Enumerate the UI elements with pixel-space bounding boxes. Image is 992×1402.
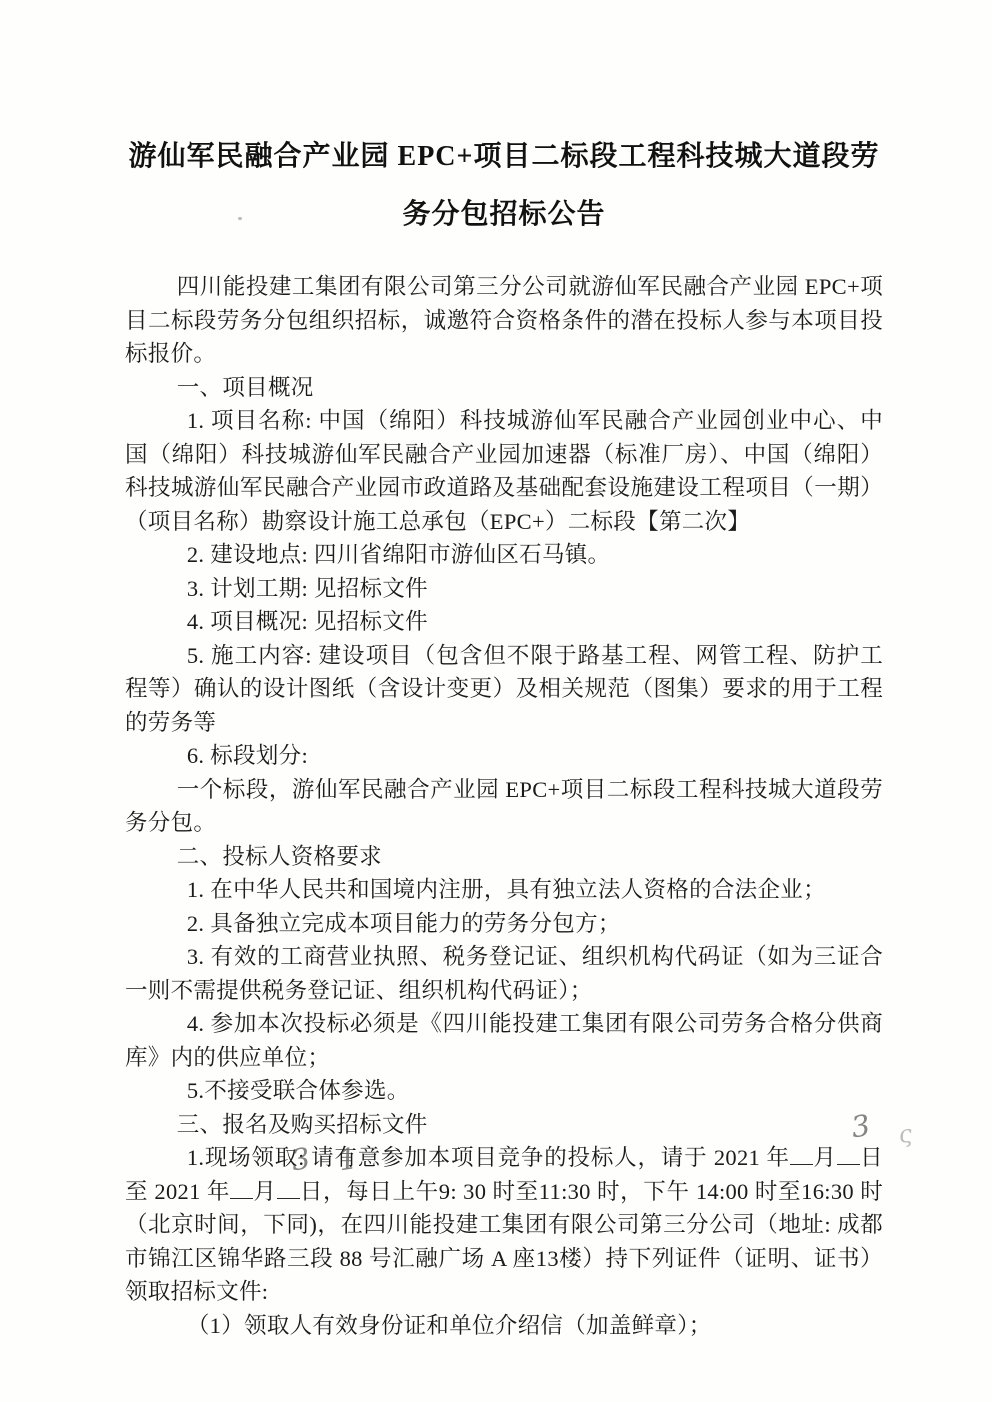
item-3-1-sub-1-id-letter: （1）领取人有效身份证和单位介绍信（加盖鲜章）； (125, 1309, 883, 1343)
handwritten-mark: 3 (228, 1144, 312, 1185)
item-2-4-supplier-library: 4. 参加本次投标必须是《四川能投建工集团有限公司劳务合格分供商库》内的供应单位… (125, 1007, 883, 1074)
document-body: 四川能投建工集团有限公司第三分公司就游仙军民融合产业园 EPC+项目二标段劳务分… (125, 270, 883, 1342)
item-2-1-registration: 1. 在中华人民共和国境内注册，具有独立法人资格的合法企业； (125, 873, 883, 907)
item-3-1-onsite-collection: 1.现场领取: 请有意参加本项目竞争的投标人，请于 2021 年3月ς日至 20… (125, 1141, 883, 1309)
item-1-6-section-division: 6. 标段划分: (125, 739, 883, 773)
item-1-3-schedule: 3. 计划工期: 见招标文件 (125, 572, 883, 606)
document-title-line-2: 务分包招标公告 (125, 186, 883, 244)
item-2-5-no-consortium: 5.不接受联合体参选。 (125, 1074, 883, 1108)
item-1-1-project-name: 1. 项目名称: 中国（绵阳）科技城游仙军民融合产业园创业中心、中国（绵阳）科技… (125, 404, 883, 538)
item-1-6-detail: 一个标段，游仙军民融合产业园 EPC+项目二标段工程科技城大道段劳务分包。 (125, 773, 883, 840)
scanned-document-page: 游仙军民融合产业园 EPC+项目二标段工程科技城大道段劳 务分包招标公告 四川能… (0, 0, 992, 1402)
section-3-heading: 三、报名及购买招标文件 (125, 1108, 883, 1142)
fill-in-blank: ς (837, 1143, 860, 1165)
section-1-heading: 一、项目概况 (125, 371, 883, 405)
document-title-line-1: 游仙军民融合产业园 EPC+项目二标段工程科技城大道段劳 (125, 128, 883, 186)
document-title: 游仙军民融合产业园 EPC+项目二标段工程科技城大道段劳 务分包招标公告 (125, 128, 883, 244)
item-2-2-capability: 2. 具备独立完成本项目能力的劳务分包方； (125, 907, 883, 941)
handwritten-mark: 1 (275, 1144, 359, 1185)
item-1-5-scope: 5. 施工内容: 建设项目（包含但不限于路基工程、网管工程、防护工程等）确认的设… (125, 639, 883, 740)
fill-in-blank: 3 (790, 1143, 813, 1165)
document-content: 游仙军民融合产业园 EPC+项目二标段工程科技城大道段劳 务分包招标公告 四川能… (125, 128, 883, 1342)
section-2-heading: 二、投标人资格要求 (125, 840, 883, 874)
fill-in-blank: 3 (230, 1176, 253, 1198)
intro-paragraph: 四川能投建工集团有限公司第三分公司就游仙军民融合产业园 EPC+项目二标段劳务分… (125, 270, 883, 371)
fill-in-blank: 1 (277, 1176, 300, 1198)
item-2-3-licenses: 3. 有效的工商营业执照、税务登记证、组织机构代码证（如为三证合一则不需提供税务… (125, 940, 883, 1007)
item-1-2-location: 2. 建设地点: 四川省绵阳市游仙区石马镇。 (125, 538, 883, 572)
item-1-4-overview: 4. 项目概况: 见招标文件 (125, 605, 883, 639)
